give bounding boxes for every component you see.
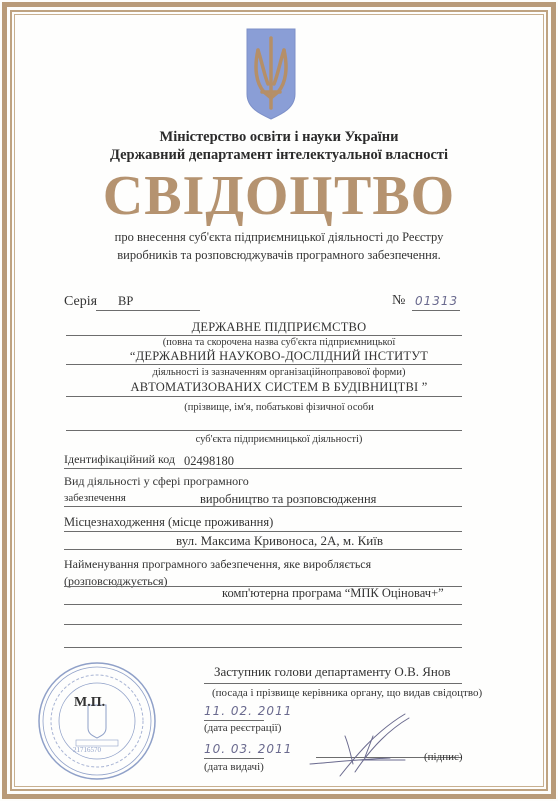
- ministry-line-1: Міністерство освіти і науки України: [0, 128, 558, 146]
- registration-date-hint: (дата реєстрації): [204, 722, 281, 734]
- location-underline-1: [64, 531, 462, 532]
- ministry-line-2: Державний департамент інтелектуальної вл…: [0, 146, 558, 164]
- registration-date: 11. 02. 2011: [204, 704, 292, 718]
- signer-underline: [204, 683, 462, 684]
- stamp-label: М.П.: [74, 695, 105, 711]
- activity-underline: [64, 506, 462, 507]
- location-label: Місцезнаходження (місце проживання): [64, 515, 273, 530]
- issue-date-hint: (дата видачі): [204, 761, 264, 773]
- id-code-value: 02498180: [184, 454, 234, 469]
- person-hint-1: (прізвище, ім'я, побатькові фізичної осо…: [0, 402, 558, 413]
- activity-value: виробництво та розповсюдження: [200, 492, 376, 507]
- series-underline: [96, 310, 200, 311]
- entity-line-2: “ДЕРЖАВНИЙ НАУКОВО-ДОСЛІДНИЙ ІНСТИТУТ: [0, 349, 558, 364]
- id-code-label: Ідентифікаційний код: [64, 452, 175, 467]
- signature-icon: [305, 712, 425, 782]
- person-hint-2: суб'єкта підприємницької діяльності): [0, 434, 558, 445]
- number-underline: [412, 310, 460, 311]
- ministry-heading: Міністерство освіти і науки України Держ…: [0, 128, 558, 164]
- signer-name: Заступник голови департаменту О.В. Янов: [214, 664, 451, 680]
- entity-underline-3: [66, 396, 462, 397]
- issue-date-underline: [204, 758, 264, 759]
- issue-date: 10. 03. 2011: [204, 742, 292, 756]
- software-underline-3: [64, 624, 462, 625]
- entity-underline-2: [66, 364, 462, 365]
- certificate-subtitle: про внесення суб'єкта підприємницької ді…: [0, 228, 558, 264]
- location-underline-2: [64, 549, 462, 550]
- official-stamp-icon: [36, 660, 158, 782]
- stamp-code: 21716570: [73, 746, 101, 754]
- activity-label-1: Вид діяльності у сфері програмного: [64, 474, 249, 489]
- software-underline-4: [64, 647, 462, 648]
- subtitle-line-1: про внесення суб'єкта підприємницької ді…: [0, 228, 558, 246]
- software-value: комп'ютерна програма “МПК Оціновач+”: [222, 586, 444, 601]
- person-underline: [66, 430, 462, 431]
- entity-hint-2: діяльності із зазначенням організаційноп…: [0, 367, 558, 378]
- entity-hint-1: (повна та скорочена назва суб'єкта підпр…: [0, 337, 558, 348]
- series-label: Серія: [64, 294, 97, 310]
- series-value: ВР: [118, 294, 133, 309]
- number-label: №: [392, 293, 405, 309]
- entity-line-3: АВТОМАТИЗОВАНИХ СИСТЕМ В БУДІВНИЦТВІ ”: [0, 380, 558, 395]
- entity-underline-1: [66, 335, 462, 336]
- subtitle-line-2: виробників та розповсюджувачів програмно…: [0, 246, 558, 264]
- certificate-title: СВІДОЦТВО: [0, 166, 558, 226]
- signature-hint: (підпис): [424, 751, 463, 763]
- registration-date-underline: [204, 720, 264, 721]
- id-code-underline: [64, 468, 462, 469]
- software-label-1: Найменування програмного забезпечення, я…: [64, 557, 371, 572]
- number-value: 01313: [415, 294, 458, 308]
- signer-hint: (посада і прізвище керівника органу, що …: [212, 687, 482, 699]
- trident-emblem-icon: [246, 28, 296, 120]
- activity-label-2: забезпечення: [64, 492, 126, 504]
- location-value: вул. Максима Кривоноса, 2А, м. Київ: [176, 533, 383, 549]
- software-underline-2: [64, 604, 462, 605]
- entity-line-1: ДЕРЖАВНЕ ПІДПРИЄМСТВО: [0, 320, 558, 335]
